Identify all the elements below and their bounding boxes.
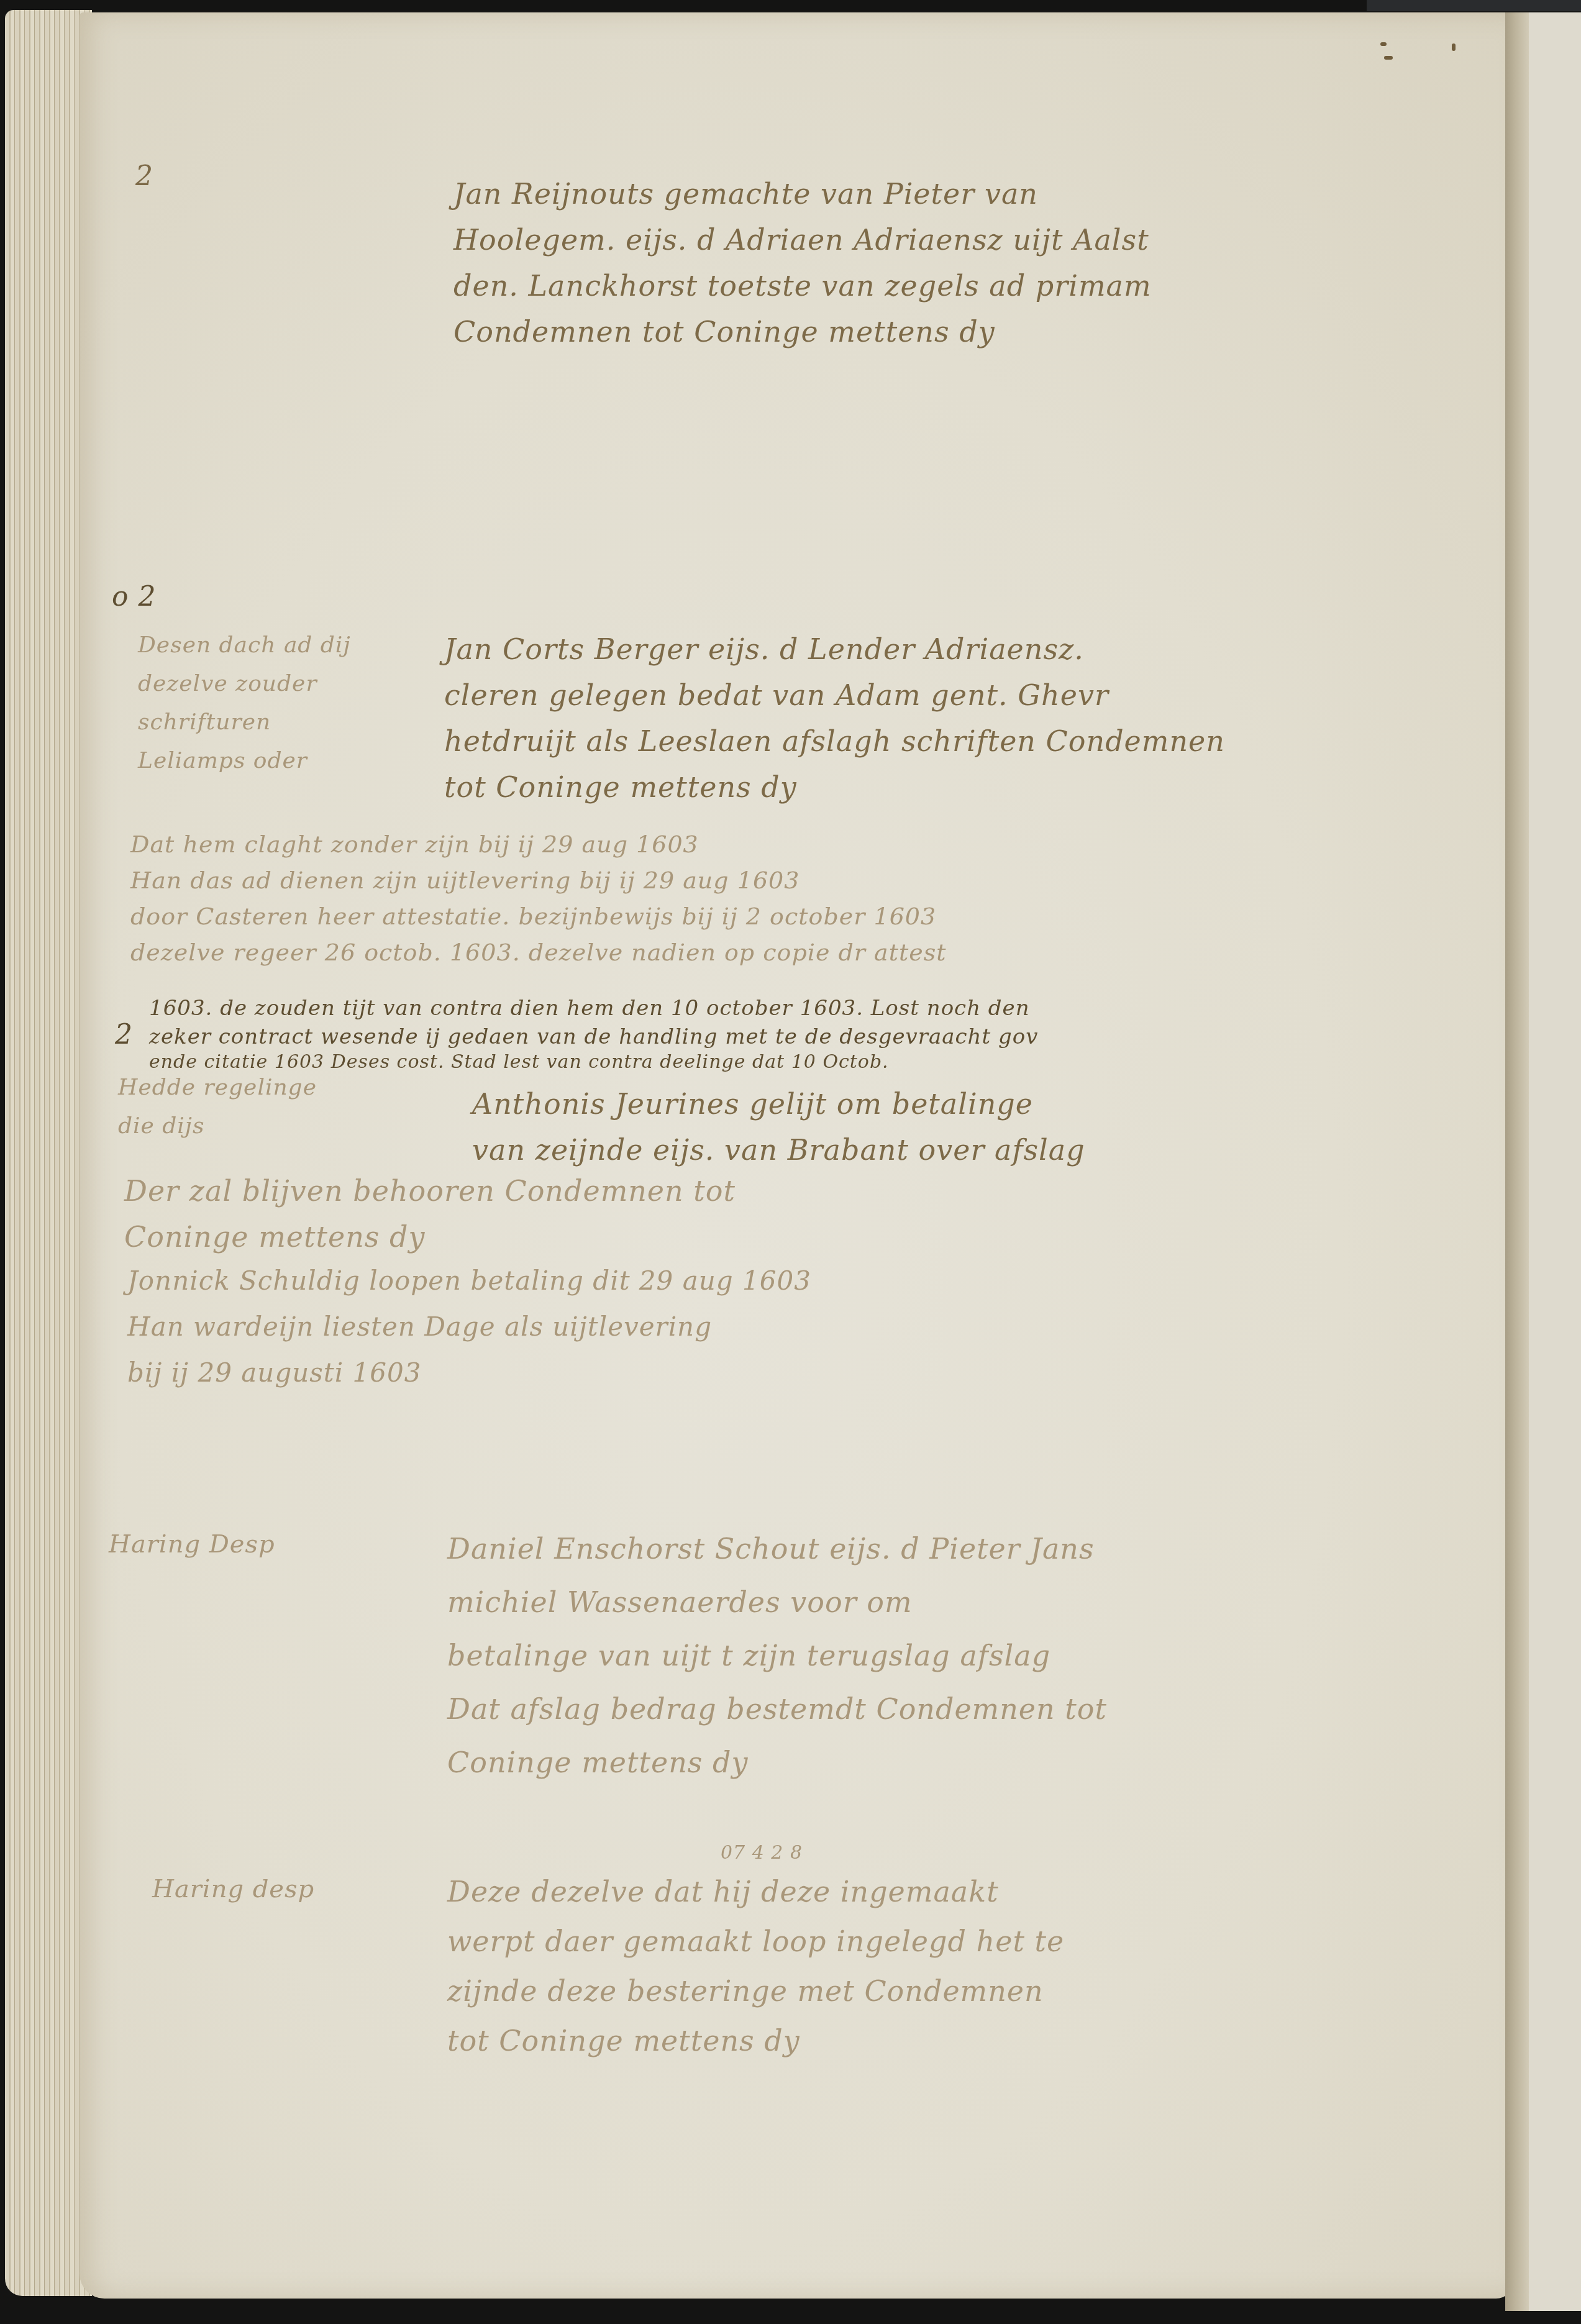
- margin-line: die dijs: [118, 1107, 317, 1146]
- entry-2-corrections: 1603. de zouden tijt van contra dien hem…: [149, 994, 1038, 1073]
- margin-line: dezelve zouder: [138, 665, 351, 703]
- correction-mark: 2: [115, 1019, 133, 1050]
- anthonis-entry-cont: Der zal blijven behooren Condemnen tot C…: [124, 1168, 736, 1260]
- entry-3-margin: Haring Desp: [109, 1525, 275, 1564]
- text-line: Daniel Enschorst Schout eijs. d Pieter J…: [447, 1522, 1107, 1575]
- annotation-line: Han das ad dienen zijn uijtlevering bij …: [130, 862, 946, 898]
- text-line: betalinge van uijt t zijn terugslag afsl…: [447, 1629, 1107, 1682]
- text-line: van zeijnde eijs. van Brabant over afsla…: [472, 1127, 1085, 1173]
- book-fore-edge: [5, 10, 92, 2296]
- margin-line: Hedde regelinge: [118, 1069, 317, 1107]
- annotation-line: dezelve regeer 26 octob. 1603. dezelve n…: [130, 934, 946, 970]
- entry-4-superscript: 07 4 2 8: [721, 1842, 803, 1864]
- text-line: Der zal blijven behooren Condemnen tot: [124, 1168, 736, 1214]
- entry-2-body: Jan Corts Berger eijs. d Lender Adriaens…: [444, 626, 1225, 810]
- annotation-line: door Casteren heer attestatie. bezijnbew…: [130, 898, 946, 934]
- text-line: Deze dezelve dat hij deze ingemaakt: [447, 1867, 1064, 1916]
- margin-line: Desen dach ad dij: [138, 626, 351, 665]
- text-line: Jan Reijnouts gemachte van Pieter van: [453, 171, 1152, 217]
- entry-2-closing: Jonnick Schuldig loopen betaling dit 29 …: [127, 1258, 811, 1396]
- ink-speck: [1380, 42, 1387, 46]
- entry-4-body: Deze dezelve dat hij deze ingemaakt werp…: [447, 1867, 1064, 2066]
- entry-1-body: Jan Reijnouts gemachte van Pieter van Ho…: [453, 171, 1152, 355]
- ink-speck: [1452, 43, 1456, 51]
- text-line: Jonnick Schuldig loopen betaling dit 29 …: [127, 1258, 811, 1304]
- annotation-line: Dat hem claght zonder zijn bij ij 29 aug…: [130, 826, 946, 862]
- binding-top: [1367, 0, 1581, 11]
- margin-line: schrifturen: [138, 703, 351, 742]
- text-line: hetdruijt als Leeslaen afslagh schriften…: [444, 718, 1225, 764]
- text-line: den. Lanckhorst toetste van zegels ad pr…: [453, 263, 1152, 309]
- entry-3-body: Daniel Enschorst Schout eijs. d Pieter J…: [447, 1522, 1107, 1789]
- text-line: Condemnen tot Coninge mettens dy: [453, 309, 1152, 355]
- entry-2-mark: o 2: [112, 581, 156, 613]
- entry-2-margin: Desen dach ad dij dezelve zouder schrift…: [138, 626, 351, 780]
- text-line: Coninge mettens dy: [447, 1736, 1107, 1789]
- text-line: Hoolegem. eijs. d Adriaen Adriaensz uijt…: [453, 217, 1152, 263]
- annotation-line: 1603. de zouden tijt van contra dien hem…: [149, 994, 1038, 1023]
- text-line: werpt daer gemaakt loop ingelegd het te: [447, 1916, 1064, 1966]
- folio-mark: 2: [135, 160, 153, 192]
- ink-speck: [1384, 56, 1393, 60]
- text-line: Anthonis Jeurines gelijt om betalinge: [472, 1081, 1085, 1127]
- annotation-line: zeker contract wesende ij gedaen van de …: [149, 1023, 1038, 1051]
- anthonis-entry: Anthonis Jeurines gelijt om betalinge va…: [472, 1081, 1085, 1173]
- entry-2-annotations: Dat hem claght zonder zijn bij ij 29 aug…: [130, 826, 946, 970]
- text-line: tot Coninge mettens dy: [447, 2016, 1064, 2066]
- text-line: Han wardeijn liesten Dage als uijtleveri…: [127, 1304, 811, 1350]
- facing-page-edge: [1529, 12, 1581, 2311]
- text-line: Dat afslag bedrag bestemdt Condemnen tot: [447, 1682, 1107, 1736]
- book-gutter: [1505, 12, 1529, 2311]
- text-line: bij ij 29 augusti 1603: [127, 1350, 811, 1396]
- text-line: tot Coninge mettens dy: [444, 764, 1225, 810]
- margin-line: Leliamps oder: [138, 742, 351, 780]
- anthonis-margin: Hedde regelinge die dijs: [118, 1069, 317, 1146]
- text-line: zijnde deze besteringe met Condemnen: [447, 1966, 1064, 2016]
- text-line: michiel Wassenaerdes voor om: [447, 1575, 1107, 1629]
- entry-4-margin: Haring desp: [152, 1870, 314, 1908]
- text-line: cleren gelegen bedat van Adam gent. Ghev…: [444, 672, 1225, 718]
- text-line: Jan Corts Berger eijs. d Lender Adriaens…: [444, 626, 1225, 672]
- text-line: Coninge mettens dy: [124, 1214, 736, 1260]
